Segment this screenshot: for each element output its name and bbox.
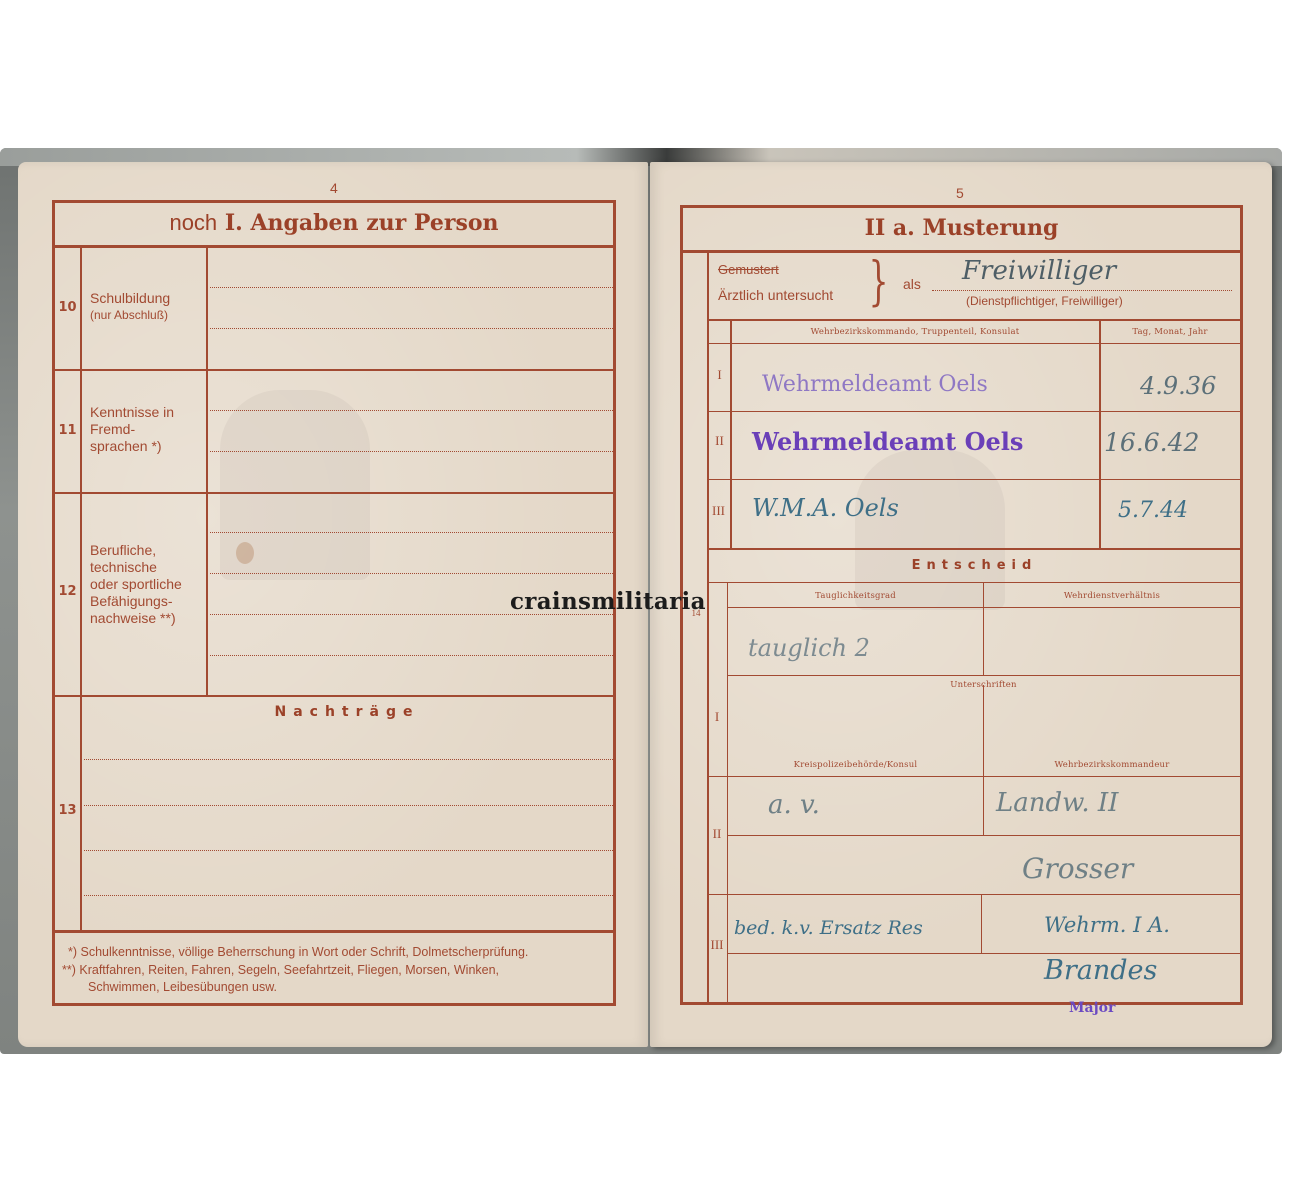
date-3: 5.7.44 bbox=[1118, 498, 1188, 523]
row-10-label: Schulbildung (nur Abschluß) bbox=[90, 290, 170, 324]
roman-numeral-II: II bbox=[709, 433, 730, 449]
seller-watermark: crainsmilitaria bbox=[510, 588, 706, 615]
header-divider bbox=[727, 607, 1240, 608]
decision-mid-line bbox=[983, 582, 984, 675]
decision-mid-line bbox=[983, 777, 984, 835]
footnote-2: **) Kraftfahren, Reiten, Fahren, Segeln,… bbox=[62, 962, 499, 979]
row-12-entry-line-2[interactable] bbox=[210, 573, 613, 574]
footnote-1: *) Schulkenntnisse, völlige Beherrschung… bbox=[68, 944, 528, 961]
row-divider bbox=[709, 411, 1240, 412]
row-13-entry-line-4[interactable] bbox=[84, 895, 613, 896]
service-value-2: Landw. II bbox=[996, 788, 1118, 818]
roman-numeral-II: II bbox=[707, 826, 727, 842]
date-2: 16.6.42 bbox=[1104, 428, 1199, 457]
table-column-line bbox=[1099, 320, 1101, 548]
section-divider bbox=[709, 548, 1240, 550]
row-10-entry-line-2[interactable] bbox=[210, 328, 613, 329]
row-number-11: 11 bbox=[55, 423, 80, 438]
brace-icon: } bbox=[869, 256, 889, 308]
row-11-label-line: Kenntnisse in bbox=[90, 404, 174, 421]
office-stamp-1: Wehrmeldeamt Oels bbox=[762, 372, 988, 397]
roman-numeral-I: I bbox=[707, 709, 727, 725]
title-divider bbox=[683, 250, 1240, 253]
row-12-label-line: Befähigungs- bbox=[90, 593, 182, 610]
page-number-right: 5 bbox=[956, 185, 964, 201]
title-prefix: noch bbox=[169, 210, 217, 235]
struck-mustered-label: Gemustert bbox=[718, 261, 779, 278]
row-number-13: 13 bbox=[55, 803, 80, 818]
row-13-entry-line-3[interactable] bbox=[84, 850, 613, 851]
service-value-3: Wehrm. I A. bbox=[1044, 913, 1170, 937]
row-10-entry-line-1[interactable] bbox=[210, 287, 613, 288]
left-page-title: noch I. Angaben zur Person bbox=[55, 210, 613, 236]
section-divider bbox=[709, 582, 1240, 583]
row-12-entry-line-4[interactable] bbox=[210, 655, 613, 656]
row-number-column-line bbox=[80, 247, 82, 930]
row-11-label-line: sprachen *) bbox=[90, 438, 174, 455]
row-number-10: 10 bbox=[55, 300, 80, 315]
rank-stamp: Major bbox=[1069, 1000, 1115, 1016]
row-12-label-line: nachweise **) bbox=[90, 610, 182, 627]
section-divider bbox=[709, 319, 1240, 321]
office-handwritten-3: W.M.A. Oels bbox=[752, 494, 899, 522]
row-12-entry-line-1[interactable] bbox=[210, 532, 613, 533]
table-column-line bbox=[730, 320, 732, 548]
examined-label: Ärztlich untersucht bbox=[718, 287, 833, 304]
date-1: 4.9.36 bbox=[1140, 372, 1216, 400]
office-column-header: Wehrbezirkskommando, Truppenteil, Konsul… bbox=[732, 327, 1098, 337]
footnote-divider bbox=[55, 930, 613, 933]
row-divider bbox=[727, 835, 1240, 836]
addenda-heading: Nachträge bbox=[82, 704, 612, 720]
right-page-title: II a. Musterung bbox=[683, 215, 1240, 241]
row-divider bbox=[55, 492, 613, 494]
row-11-label-line: Fremd- bbox=[90, 421, 174, 438]
office-stamp-2: Wehrmeldeamt Oels bbox=[752, 427, 1023, 456]
row-divider bbox=[727, 675, 1240, 676]
roman-column-line bbox=[707, 252, 709, 1002]
row-13-entry-line-1[interactable] bbox=[84, 759, 613, 760]
right-form-frame bbox=[680, 205, 1243, 1005]
row-13-entry-line-2[interactable] bbox=[84, 805, 613, 806]
table-header-divider bbox=[709, 343, 1240, 344]
status-hint: (Dienstpflichtiger, Freiwilliger) bbox=[966, 293, 1123, 310]
row-divider bbox=[709, 894, 1240, 895]
row-11-label: Kenntnisse in Fremd- sprachen *) bbox=[90, 404, 174, 455]
fitness-value-3: bed. k.v. Ersatz Res bbox=[734, 917, 923, 939]
row-10-label-note: (nur Abschluß) bbox=[90, 307, 170, 324]
row-divider bbox=[55, 695, 613, 697]
district-police-label: Kreispolizeibehörde/Konsul bbox=[729, 760, 982, 770]
row-divider bbox=[709, 776, 1240, 777]
page-number-left: 4 bbox=[330, 180, 338, 196]
signature-2: Grosser bbox=[1022, 852, 1133, 885]
row-12-label-line: Berufliche, bbox=[90, 542, 182, 559]
roman-numeral-III: III bbox=[707, 937, 727, 953]
as-label: als bbox=[903, 276, 921, 293]
signatures-label: Unterschriften bbox=[727, 680, 1240, 690]
signature-mid-line bbox=[983, 685, 984, 777]
paper-stain bbox=[236, 542, 254, 564]
decision-heading: Entscheid bbox=[709, 558, 1240, 573]
row-divider bbox=[727, 953, 1240, 954]
roman-numeral-I: I bbox=[709, 367, 730, 383]
row-10-label-line: Schulbildung bbox=[90, 290, 170, 307]
decision-mid-line bbox=[981, 895, 982, 953]
service-column-header: Wehrdienstverhältnis bbox=[985, 591, 1239, 601]
row-12-label-line: technische bbox=[90, 559, 182, 576]
status-entry-line bbox=[932, 290, 1232, 291]
row-11-entry-line-2[interactable] bbox=[210, 451, 613, 452]
date-column-header: Tag, Monat, Jahr bbox=[1101, 327, 1239, 337]
decision-column-line bbox=[727, 582, 728, 1002]
fitness-value-1: tauglich 2 bbox=[748, 634, 870, 662]
district-commander-label: Wehrbezirkskommandeur bbox=[985, 760, 1239, 770]
footnote-2-cont: Schwimmen, Leibesübungen usw. bbox=[88, 979, 277, 996]
roman-numeral-III: III bbox=[707, 503, 730, 519]
fitness-column-header: Tauglichkeitsgrad bbox=[729, 591, 982, 601]
status-value-handwritten[interactable]: Freiwilliger bbox=[962, 256, 1116, 286]
signature-3: Brandes bbox=[1044, 955, 1157, 986]
row-11-entry-line-1[interactable] bbox=[210, 410, 613, 411]
row-divider bbox=[709, 479, 1240, 480]
row-12-label: Berufliche, technische oder sportliche B… bbox=[90, 542, 182, 627]
title-divider bbox=[55, 245, 613, 248]
row-number-12: 12 bbox=[55, 584, 80, 599]
fitness-value-2: a. v. bbox=[768, 790, 820, 820]
title-main: I. Angaben zur Person bbox=[225, 210, 499, 236]
row-divider bbox=[55, 369, 613, 371]
row-12-label-line: oder sportliche bbox=[90, 576, 182, 593]
label-column-line bbox=[206, 247, 208, 695]
